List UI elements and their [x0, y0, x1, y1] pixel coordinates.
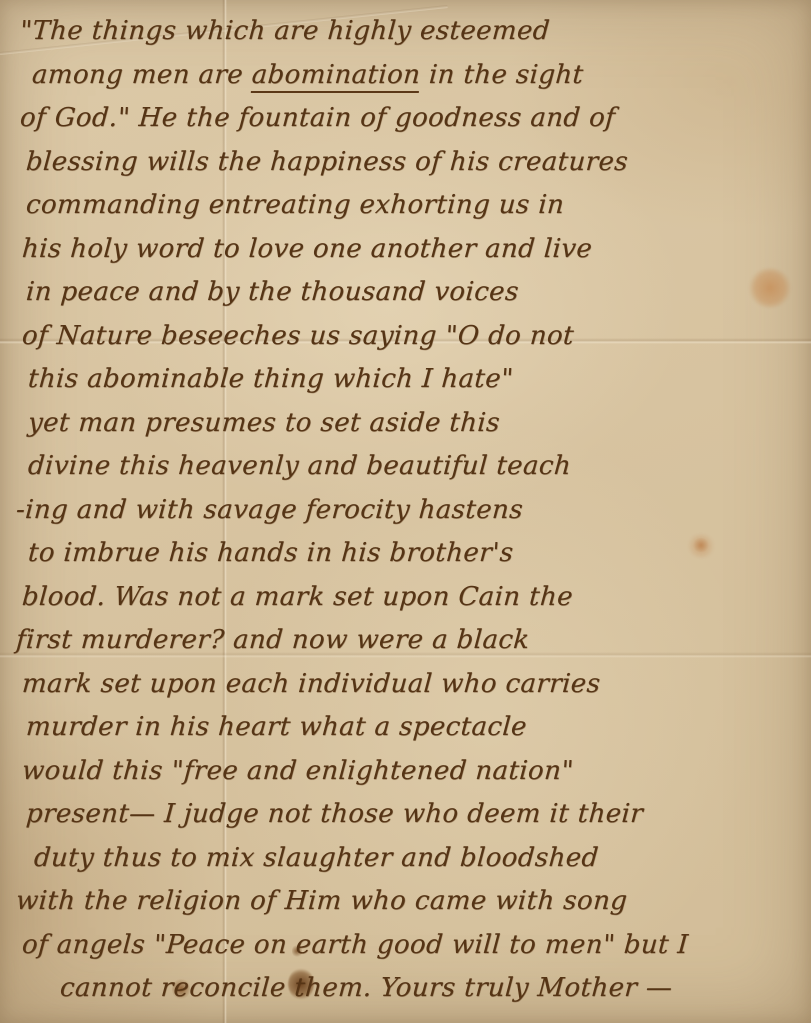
letter-line-15: first murderer? and now were a black: [14, 619, 806, 663]
letter-line-12: -ing and with savage ferocity hastens: [14, 489, 806, 533]
letter-line-03: of God." He the fountain of goodness and…: [18, 97, 806, 141]
letter-line-02-after: in the sight: [419, 60, 584, 90]
letter-line-22: of angels "Peace on earth good will to m…: [20, 924, 806, 968]
letter-line-23-closing-signature: cannot reconcile them. Yours truly Mothe…: [58, 967, 806, 1011]
letter-line-18: would this "free and enlightened nation": [20, 750, 806, 794]
letter-line-08: of Nature beseeches us saying "O do not: [20, 315, 806, 359]
letter-line-05: commanding entreating exhorting us in: [24, 184, 806, 228]
letter-line-17: murder in his heart what a spectacle: [24, 706, 806, 750]
letter-line-16: mark set upon each individual who carrie…: [20, 663, 806, 707]
letter-line-20: duty thus to mix slaughter and bloodshed: [32, 837, 806, 881]
letter-line-21: with the religion of Him who came with s…: [14, 880, 806, 924]
letter-line-02: among men are abomination in the sight: [30, 54, 806, 98]
letter-body: "The things which are highly esteemed am…: [14, 10, 805, 1011]
letter-line-09: this abominable thing which I hate": [26, 358, 806, 402]
letter-page: "The things which are highly esteemed am…: [0, 0, 811, 1023]
underlined-word: abomination: [250, 60, 421, 93]
letter-line-04: blessing wills the happiness of his crea…: [24, 141, 806, 185]
letter-line-07: in peace and by the thousand voices: [24, 271, 806, 315]
letter-line-02-before: among men are: [31, 60, 253, 90]
letter-line-13: to imbrue his hands in his brother's: [26, 532, 806, 576]
letter-line-06: his holy word to love one another and li…: [20, 228, 806, 272]
letter-line-14: blood. Was not a mark set upon Cain the: [20, 576, 806, 620]
letter-line-11: divine this heavenly and beautiful teach: [26, 445, 806, 489]
letter-line-10: yet man presumes to set aside this: [26, 402, 806, 446]
letter-line-01: "The things which are highly esteemed: [18, 10, 806, 54]
letter-line-19: present— I judge not those who deem it t…: [24, 793, 806, 837]
